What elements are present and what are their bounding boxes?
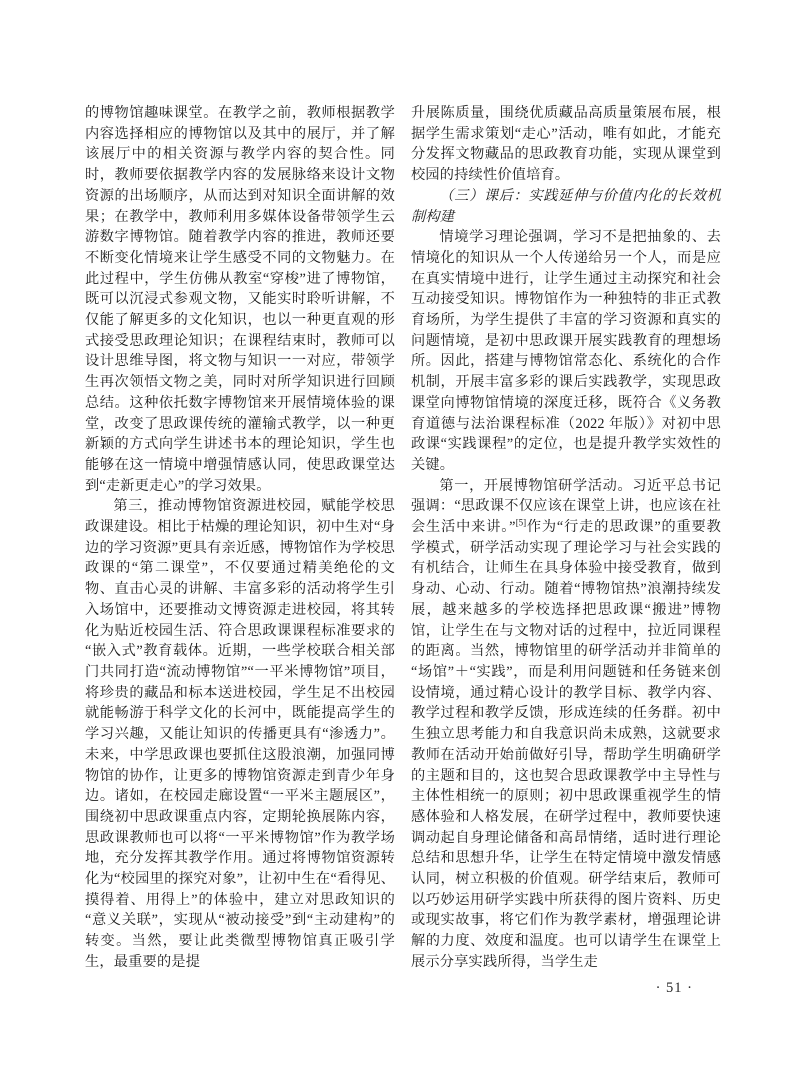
paragraph-third-point: 第三，推动博物馆资源进校园，赋能学校思政课建设。相比于枯燥的理论知识，初中生对“… bbox=[85, 496, 395, 972]
paragraph-situated-learning: 情境学习理论强调，学习不是把抽象的、去情境化的知识从一个人传递给另一个人，而是应… bbox=[411, 227, 721, 475]
column-left: 的博物馆趣味课堂。在教学之前，教师根据教学内容选择相应的博物馆以及其中的展厅，并… bbox=[85, 103, 395, 998]
journal-page: 的博物馆趣味课堂。在教学之前，教师根据教学内容选择相应的博物馆以及其中的展厅，并… bbox=[0, 0, 800, 1077]
paragraph-first-point: 第一，开展博物馆研学活动。习近平总书记强调：“思政课不仅应该在课堂上讲，也应该在… bbox=[411, 476, 721, 973]
section-heading: （三）课后：实践延伸与价值内化的长效机制构建 bbox=[411, 186, 721, 227]
page-number: · 51 · bbox=[411, 978, 721, 999]
paragraph-continuation: 升展陈质量，围绕优质藏品高质量策展布展，根据学生需求策划“走心”活动，唯有如此，… bbox=[411, 103, 721, 186]
footnote-marker: [5] bbox=[516, 517, 527, 527]
column-right: 升展陈质量，围绕优质藏品高质量策展布展，根据学生需求策划“走心”活动，唯有如此，… bbox=[411, 103, 721, 998]
paragraph-continuation: 的博物馆趣味课堂。在教学之前，教师根据教学内容选择相应的博物馆以及其中的展厅，并… bbox=[85, 103, 395, 496]
paragraph-text: 作为“行走的思政课”的重要教学模式，研学活动实现了理论学习与社会实践的有机结合，… bbox=[411, 519, 721, 970]
two-column-text-area: 的博物馆趣味课堂。在教学之前，教师根据教学内容选择相应的博物馆以及其中的展厅，并… bbox=[85, 103, 721, 998]
